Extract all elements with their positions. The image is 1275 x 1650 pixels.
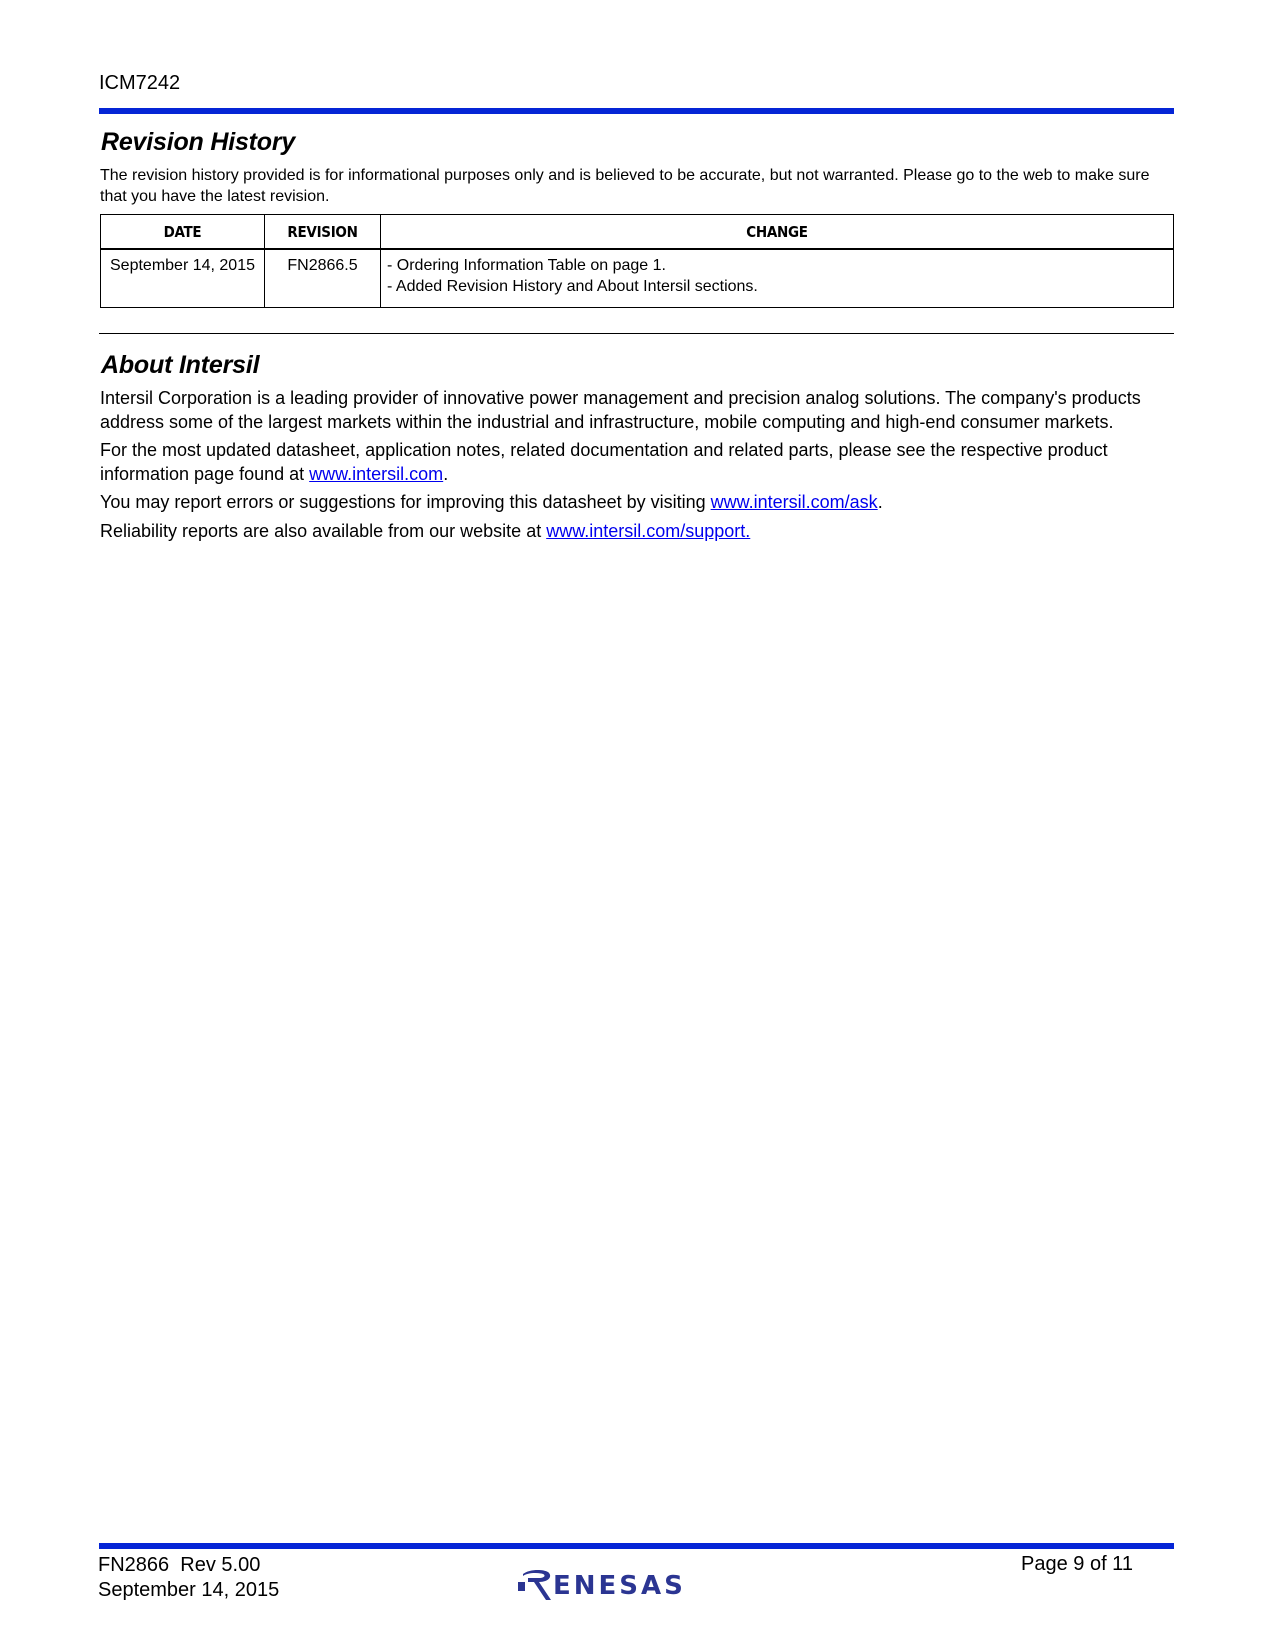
about-paragraph: You may report errors or suggestions for… bbox=[100, 491, 1175, 515]
paragraph-text: . bbox=[443, 464, 448, 484]
table-row: September 14, 2015 FN2866.5 - Ordering I… bbox=[101, 249, 1174, 308]
footer-rule bbox=[99, 1543, 1174, 1549]
paragraph-text: Reliability reports are also available f… bbox=[100, 521, 546, 541]
revision-history-intro: The revision history provided is for inf… bbox=[100, 165, 1170, 207]
paragraph-text: You may report errors or suggestions for… bbox=[100, 492, 711, 512]
about-paragraph: For the most updated datasheet, applicat… bbox=[100, 439, 1175, 486]
column-header-date: DATE bbox=[101, 215, 265, 250]
about-paragraph: Reliability reports are also available f… bbox=[100, 520, 1175, 544]
cell-date: September 14, 2015 bbox=[101, 249, 265, 308]
about-paragraph: Intersil Corporation is a leading provid… bbox=[100, 387, 1175, 434]
about-intersil-title: About Intersil bbox=[101, 351, 259, 380]
footer-date: September 14, 2015 bbox=[98, 1578, 279, 1603]
renesas-logo: ENESAS bbox=[517, 1566, 725, 1602]
cell-revision: FN2866.5 bbox=[265, 249, 381, 308]
document-id: ICM7242 bbox=[99, 72, 180, 95]
section-divider bbox=[99, 333, 1174, 334]
cell-change: - Ordering Information Table on page 1. … bbox=[381, 249, 1174, 308]
intersil-home-link[interactable]: www.intersil.com bbox=[309, 464, 443, 484]
column-header-revision: REVISION bbox=[265, 215, 381, 250]
column-header-change: CHANGE bbox=[381, 215, 1174, 250]
change-item: - Ordering Information Table on page 1. bbox=[387, 255, 1173, 276]
revision-table: DATE REVISION CHANGE September 14, 2015 … bbox=[100, 214, 1174, 308]
page-number: Page 9 of 11 bbox=[1021, 1553, 1133, 1576]
change-item: - Added Revision History and About Inter… bbox=[387, 276, 1173, 297]
footer-doc-rev: FN2866 Rev 5.00 bbox=[98, 1553, 279, 1578]
footer-doc-info: FN2866 Rev 5.00 September 14, 2015 bbox=[98, 1553, 279, 1603]
about-intersil-body: Intersil Corporation is a leading provid… bbox=[100, 387, 1175, 548]
logo-wordmark: ENESAS bbox=[553, 1571, 686, 1601]
intersil-support-link[interactable]: www.intersil.com/support. bbox=[546, 521, 750, 541]
revision-history-title: Revision History bbox=[101, 128, 295, 157]
renesas-logo-icon: ENESAS bbox=[517, 1566, 725, 1602]
paragraph-text: For the most updated datasheet, applicat… bbox=[100, 440, 1108, 484]
paragraph-text: . bbox=[878, 492, 883, 512]
table-header-row: DATE REVISION CHANGE bbox=[101, 215, 1174, 250]
intersil-ask-link[interactable]: www.intersil.com/ask bbox=[711, 492, 878, 512]
header-rule bbox=[99, 108, 1174, 114]
